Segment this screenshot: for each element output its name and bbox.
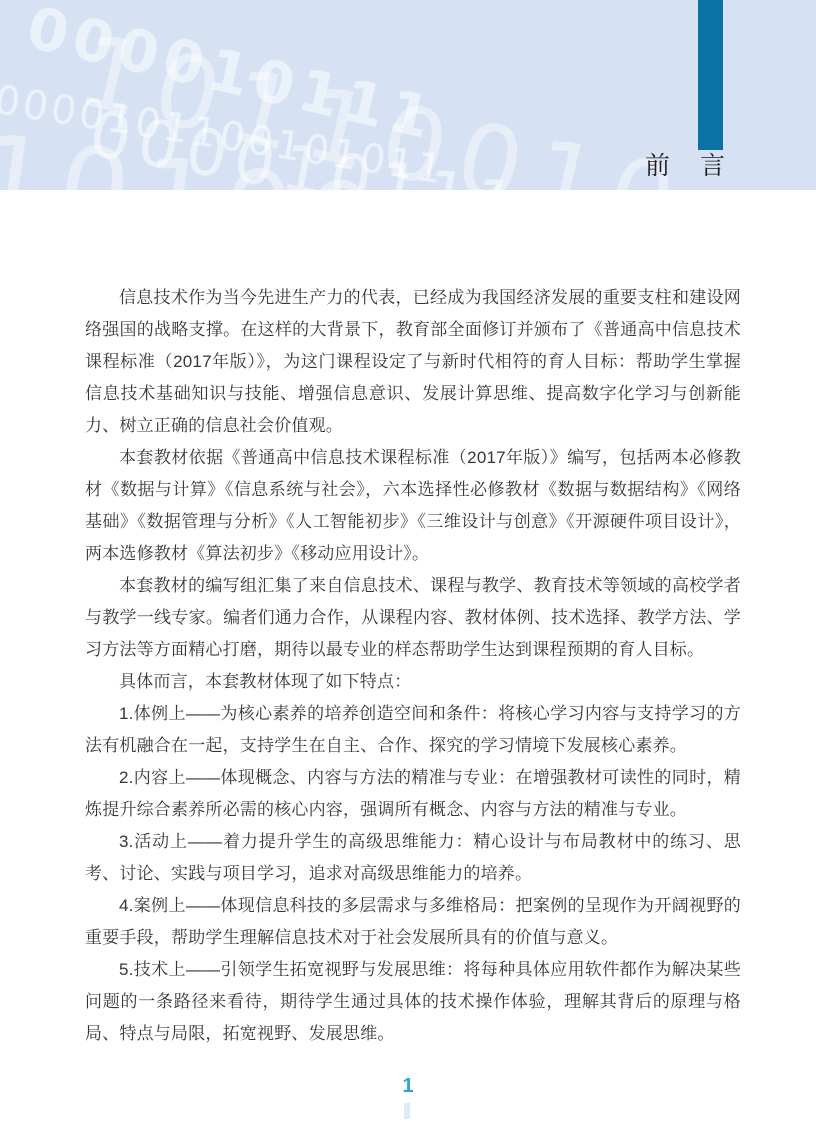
page-title: 前 言: [645, 153, 725, 181]
paragraph-authors: 本套教材的编写组汇集了来自信息技术、课程与教学、教育技术等领域的高校学者与教学一…: [85, 570, 741, 666]
paragraph-feature-4: 4.案例上——体现信息科技的多层需求与多维格局：把案例的呈现作为开阔视野的重要手…: [85, 890, 741, 954]
paragraph-feature-1: 1.体例上——为核心素养的培养创造空间和条件：将核心学习内容与支持学习的方法有机…: [85, 698, 741, 762]
page-number: 1: [0, 1074, 816, 1098]
paragraph-intro: 信息技术作为当今先进生产力的代表，已经成为我国经济发展的重要支柱和建设网络强国的…: [85, 282, 741, 442]
paragraph-feature-2: 2.内容上——体现概念、内容与方法的精准与专业：在增强教材可读性的同时，精炼提升…: [85, 762, 741, 826]
page-title-char: 言: [700, 153, 725, 181]
paragraph-features-lead: 具体而言，本套教材体现了如下特点：: [85, 666, 741, 698]
accent-bar: [698, 0, 723, 150]
preface-body: 信息技术作为当今先进生产力的代表，已经成为我国经济发展的重要支柱和建设网络强国的…: [85, 282, 741, 1050]
header-banner: 000010111 10110010 0000101100101011 0000…: [0, 0, 816, 190]
paragraph-feature-3: 3.活动上——着力提升学生的高级思维能力：精心设计与布局教材中的练习、思考、讨论…: [85, 826, 741, 890]
paragraph-feature-5: 5.技术上——引领学生拓宽视野与发展思维：将每种具体应用软件都作为解决某些问题的…: [85, 954, 741, 1050]
page-title-char: 前: [645, 153, 670, 181]
paragraph-series-overview: 本套教材依据《普通高中信息技术课程标准（2017年版）》编写，包括两本必修教材《…: [85, 442, 741, 570]
footer-marker-bar: [404, 1103, 410, 1119]
preface-page: 000010111 10110010 0000101100101011 0000…: [0, 0, 816, 1145]
